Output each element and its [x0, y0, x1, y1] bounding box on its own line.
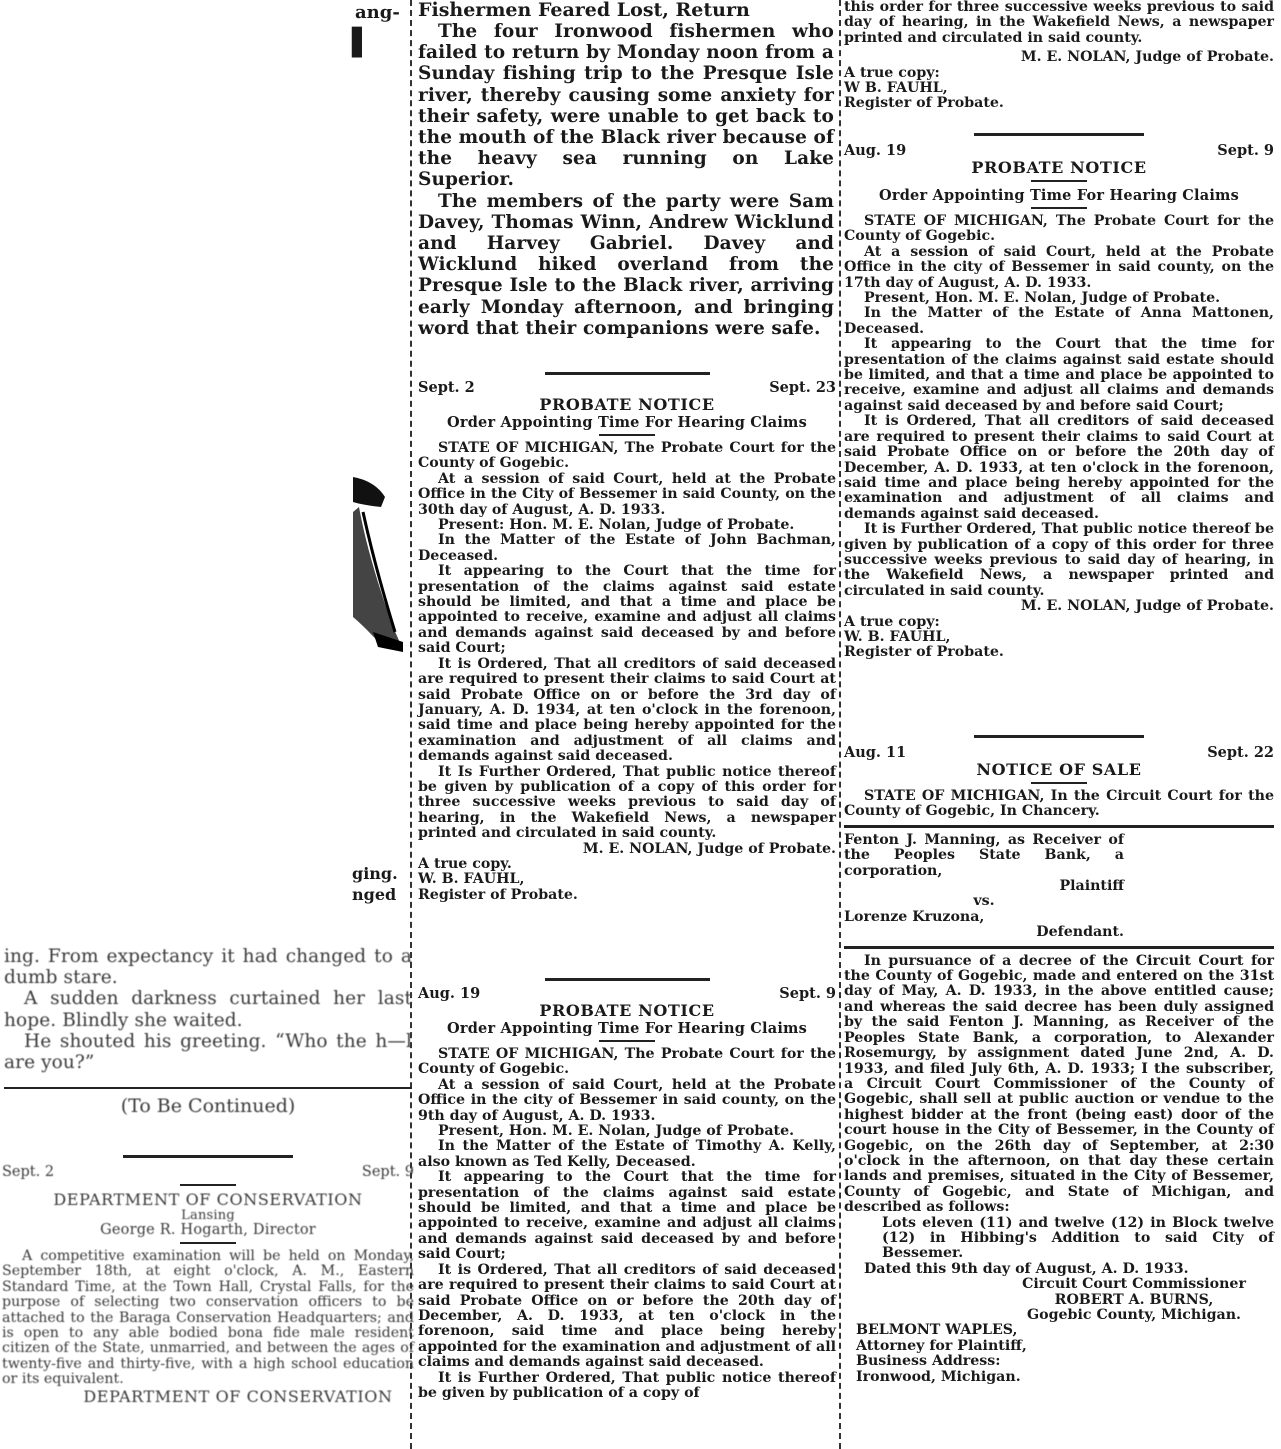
- column-1: ang- ▌ ging. nged ing. From expectancy i…: [0, 0, 414, 1449]
- notice-dates: Aug. 19 Sept. 9: [844, 142, 1274, 159]
- story-fragment-top: ang-: [355, 2, 400, 23]
- article-paragraph: The four Ironwood fishermen who failed t…: [418, 21, 834, 191]
- plaintiff-label: Plaintiff: [844, 879, 1124, 894]
- date-right: Sept. 9: [362, 1164, 414, 1181]
- probate-notice-kelly: Aug. 19 Sept. 9 PROBATE NOTICE Order App…: [418, 978, 836, 1401]
- date-left: Sept. 2: [418, 379, 475, 396]
- divider: [545, 372, 710, 375]
- story-fragment-mark: ▌: [352, 28, 372, 58]
- notice-footer: DEPARTMENT OF CONSERVATION: [2, 1388, 414, 1406]
- probate-continuation: this order for three successive weeks pr…: [844, 0, 1274, 112]
- true-copy-label: A true copy:: [844, 66, 1274, 81]
- register-name: W. B. FAUHL,: [418, 872, 836, 887]
- notice-paragraph: In the Matter of the Estate of Timothy A…: [418, 1139, 836, 1170]
- notice-location: Lansing: [2, 1209, 414, 1222]
- notice-of-sale: Aug. 11 Sept. 22 NOTICE OF SALE STATE OF…: [844, 735, 1274, 1385]
- dated-line: Dated this 9th day of August, A. D. 1933…: [844, 1262, 1274, 1277]
- divider: [180, 1184, 236, 1186]
- notice-dates: Aug. 11 Sept. 22: [844, 744, 1274, 761]
- notice-title: PROBATE NOTICE: [844, 159, 1274, 177]
- versus-label: vs.: [844, 894, 1124, 909]
- notice-paragraph: At a session of said Court, held at the …: [418, 1078, 836, 1124]
- notice-paragraph: It appearing to the Court that the time …: [844, 337, 1274, 414]
- true-copy-label: A true copy:: [844, 615, 1274, 630]
- divider: [4, 1087, 412, 1089]
- register-title: Register of Probate.: [844, 96, 1274, 111]
- divider: [974, 133, 1144, 136]
- notice-paragraph: It is Ordered, That all creditors of sai…: [418, 657, 836, 765]
- notice-body: In pursuance of a decree of the Circuit …: [844, 954, 1274, 1216]
- notice-paragraph: At a session of said Court, held at the …: [844, 245, 1274, 291]
- defendant-party: Lorenze Kruzona,: [844, 910, 1124, 925]
- divider: [974, 735, 1144, 738]
- judge-signature: M. E. NOLAN, Judge of Probate.: [844, 50, 1274, 65]
- date-right: Sept. 22: [1207, 744, 1274, 761]
- divider: [1031, 207, 1087, 209]
- article-paragraph: The members of the party were Sam Davey,…: [418, 191, 834, 339]
- notice-paragraph: At a session of said Court, held at the …: [418, 472, 836, 518]
- divider: [599, 1040, 655, 1042]
- notice-paragraph: Present, Hon. M. E. Nolan, Judge of Prob…: [844, 291, 1274, 306]
- divider: [844, 946, 1274, 949]
- serial-story-ending: ing. From expectancy it had changed to a…: [4, 946, 412, 1118]
- date-right: Sept. 9: [779, 985, 836, 1002]
- business-address-label: Business Address:: [844, 1354, 1274, 1369]
- notice-paragraph: STATE OF MICHIGAN, The Probate Court for…: [418, 441, 836, 472]
- commissioner-location: Gogebic County, Michigan.: [844, 1308, 1274, 1323]
- notice-dates: Sept. 2 Sept. 23: [418, 379, 836, 396]
- story-fragment-mid-1: ging.: [352, 864, 398, 883]
- date-right: Sept. 23: [769, 379, 836, 396]
- commissioner-name: ROBERT A. BURNS,: [844, 1293, 1274, 1308]
- business-address-city: Ironwood, Michigan.: [844, 1370, 1274, 1385]
- date-right: Sept. 9: [1217, 142, 1274, 159]
- notice-subtitle: Order Appointing Time For Hearing Claims: [418, 414, 836, 431]
- register-title: Register of Probate.: [844, 645, 1274, 660]
- date-left: Sept. 2: [2, 1164, 54, 1181]
- notice-paragraph: STATE OF MICHIGAN, The Probate Court for…: [418, 1047, 836, 1078]
- notice-paragraph: It is Ordered, That all creditors of sai…: [418, 1263, 836, 1371]
- register-name: W B. FAUHL,: [844, 81, 1274, 96]
- illustration-figure: [353, 477, 408, 665]
- notice-paragraph: It is Further Ordered, That public notic…: [418, 1371, 836, 1402]
- true-copy-label: A true copy.: [418, 857, 836, 872]
- date-left: Aug. 11: [844, 744, 906, 761]
- notice-paragraph: In the Matter of the Estate of John Bach…: [418, 533, 836, 564]
- column-2: Fishermen Feared Lost, Return The four I…: [418, 0, 836, 1449]
- case-caption: Fenton J. Manning, as Receiver of the Pe…: [844, 833, 1124, 941]
- probate-notice-mattonen: Aug. 19 Sept. 9 PROBATE NOTICE Order App…: [844, 133, 1274, 661]
- commissioner-title: Circuit Court Commissioner: [844, 1277, 1274, 1292]
- conservation-notice: Sept. 2 Sept. 9 DEPARTMENT OF CONSERVATI…: [2, 1155, 414, 1406]
- register-title: Register of Probate.: [418, 888, 836, 903]
- story-paragraph: He shouted his greeting. “Who the h—l ar…: [4, 1031, 412, 1073]
- story-paragraph: A sudden darkness curtained her last hop…: [4, 988, 412, 1030]
- continued-label: (To Be Continued): [4, 1094, 412, 1118]
- notice-paragraph: It is Further Ordered, That public notic…: [844, 522, 1274, 599]
- notice-paragraph: It appearing to the Court that the time …: [418, 1170, 836, 1262]
- notice-dates: Aug. 19 Sept. 9: [418, 985, 836, 1002]
- notice-paragraph: Present, Hon. M. E. Nolan, Judge of Prob…: [418, 1124, 836, 1139]
- notice-title: PROBATE NOTICE: [418, 1002, 836, 1020]
- notice-paragraph: Present: Hon. M. E. Nolan, Judge of Prob…: [418, 518, 836, 533]
- defendant-label: Defendant.: [844, 925, 1124, 940]
- divider: [545, 978, 710, 981]
- probate-notice-bachman: Sept. 2 Sept. 23 PROBATE NOTICE Order Ap…: [418, 372, 836, 903]
- date-left: Aug. 19: [844, 142, 906, 159]
- divider: [844, 825, 1274, 828]
- judge-signature: M. E. NOLAN, Judge of Probate.: [844, 599, 1274, 614]
- column-3: this order for three successive weeks pr…: [844, 0, 1274, 1449]
- column-divider-right: [839, 0, 841, 1449]
- notice-director: George R. Hogarth, Director: [2, 1222, 414, 1239]
- notice-paragraph: In the Matter of the Estate of Anna Matt…: [844, 306, 1274, 337]
- notice-paragraph: this order for three successive weeks pr…: [844, 0, 1274, 46]
- date-left: Aug. 19: [418, 985, 480, 1002]
- article-headline: Fishermen Feared Lost, Return: [418, 0, 834, 21]
- notice-title: DEPARTMENT OF CONSERVATION: [2, 1191, 414, 1209]
- register-name: W. B. FAUHL,: [844, 630, 1274, 645]
- story-paragraph: ing. From expectancy it had changed to a…: [4, 946, 412, 988]
- notice-subtitle: Order Appointing Time For Hearing Claims: [418, 1020, 836, 1037]
- fishermen-article: Fishermen Feared Lost, Return The four I…: [418, 0, 834, 339]
- divider: [599, 434, 655, 436]
- attorney-title: Attorney for Plaintiff,: [844, 1339, 1274, 1354]
- notice-paragraph: STATE OF MICHIGAN, The Probate Court for…: [844, 214, 1274, 245]
- plaintiff-party: Fenton J. Manning, as Receiver of the Pe…: [844, 833, 1124, 879]
- notice-title: PROBATE NOTICE: [418, 396, 836, 414]
- notice-title: NOTICE OF SALE: [844, 761, 1274, 779]
- judge-signature: M. E. NOLAN, Judge of Probate.: [418, 842, 836, 857]
- divider: [1031, 180, 1087, 182]
- notice-intro: STATE OF MICHIGAN, In the Circuit Court …: [844, 789, 1274, 820]
- notice-dates: Sept. 2 Sept. 9: [2, 1164, 414, 1181]
- notice-paragraph: It appearing to the Court that the time …: [418, 564, 836, 656]
- notice-paragraph: It Is Further Ordered, That public notic…: [418, 765, 836, 842]
- notice-subtitle: Order Appointing Time For Hearing Claims: [844, 187, 1274, 204]
- story-fragment-mid-2: nged: [352, 885, 396, 904]
- notice-body: A competitive examination will be held o…: [2, 1249, 414, 1388]
- attorney-name: BELMONT WAPLES,: [844, 1323, 1274, 1338]
- divider: [123, 1155, 293, 1158]
- divider: [180, 1242, 236, 1244]
- property-description: Lots eleven (11) and twelve (12) in Bloc…: [844, 1216, 1274, 1262]
- notice-paragraph: It is Ordered, That all creditors of sai…: [844, 414, 1274, 522]
- divider: [1031, 782, 1087, 784]
